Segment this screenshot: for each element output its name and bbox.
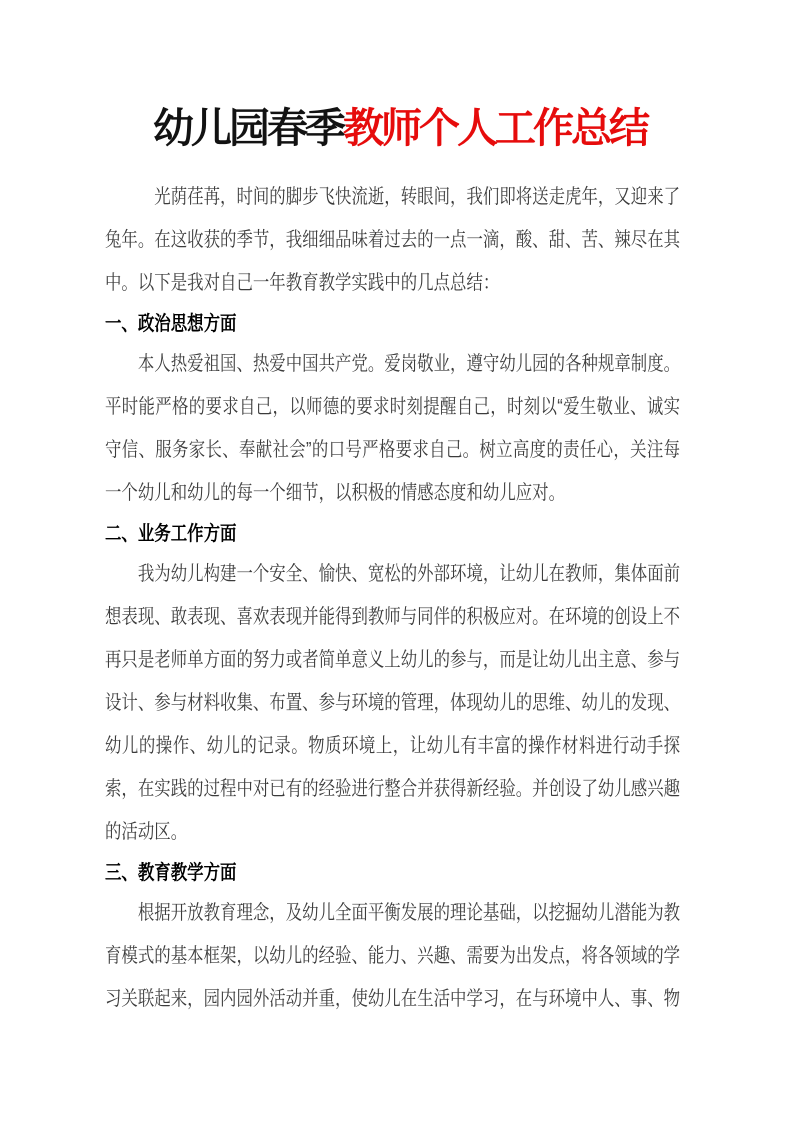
document-page: 幼儿园春季教师个人工作总结 光荫荏苒，时间的脚步飞快流逝，转眼间，我们即将送走虎… xyxy=(0,0,800,1131)
document-title: 幼儿园春季教师个人工作总结 xyxy=(0,0,800,152)
paragraph-professional-work: 我为幼儿构建一个安全、愉快、宽松的外部环境，让幼儿在教师，集体面前想表现、敢表现… xyxy=(105,553,680,854)
paragraph-education-teaching: 根据开放教育理念，及幼儿全面平衡发展的理论基础，以挖掘幼儿潜能为教育模式的基本框… xyxy=(105,892,680,1021)
section-heading-professional-work: 二、业务工作方面 xyxy=(105,515,680,553)
paragraph-intro: 光荫荏苒，时间的脚步飞快流逝，转眼间，我们即将送走虎年，又迎来了兔年。在这收获的… xyxy=(105,176,680,305)
document-title-red-part: 教师个人工作总结 xyxy=(343,105,647,151)
document-body: 光荫荏苒，时间的脚步飞快流逝，转眼间，我们即将送走虎年，又迎来了兔年。在这收获的… xyxy=(105,176,680,1021)
document-title-black-part: 幼儿园春季 xyxy=(153,105,343,151)
section-heading-education-teaching: 三、教育教学方面 xyxy=(105,854,680,892)
section-heading-political-thought: 一、政治思想方面 xyxy=(105,305,680,343)
paragraph-political-thought: 本人热爱祖国、热爱中国共产党。爱岗敬业，遵守幼儿园的各种规章制度。平时能严格的要… xyxy=(105,343,680,515)
